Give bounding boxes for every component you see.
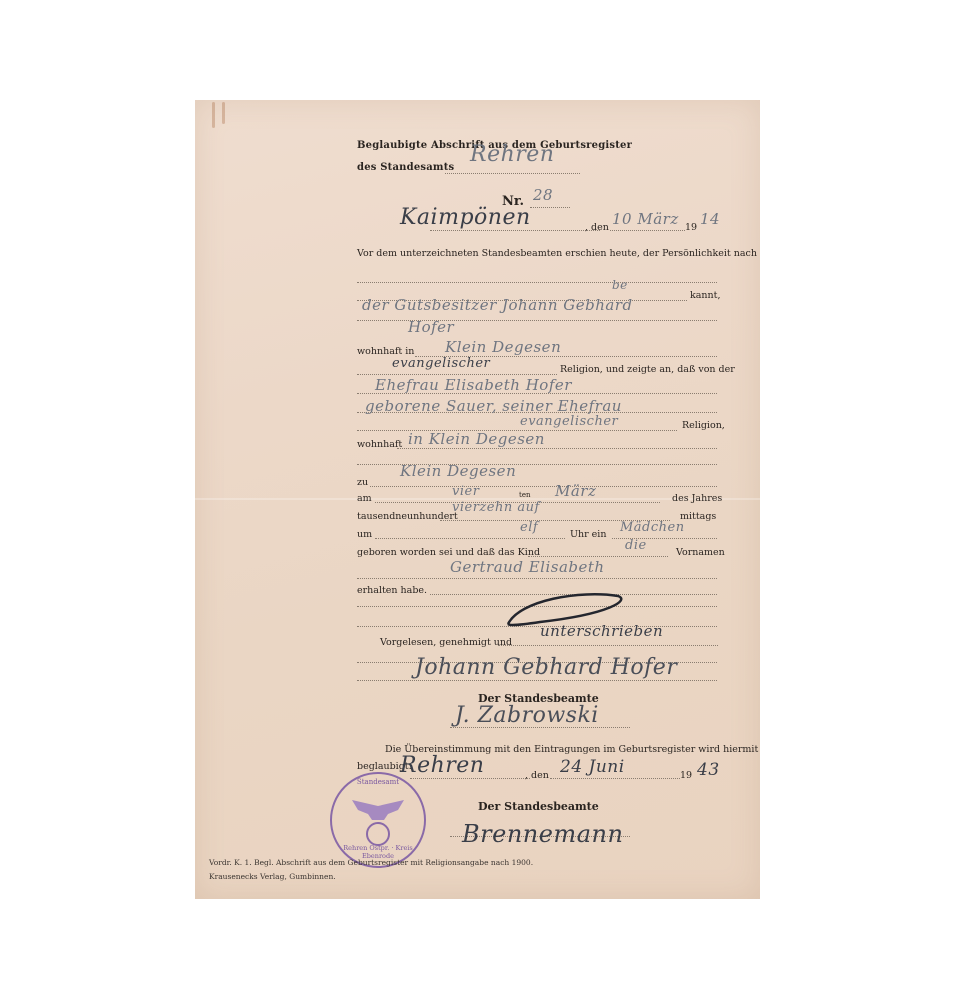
mother-religion-handwritten: evangelischer: [520, 414, 618, 429]
month-handwritten: März: [555, 482, 596, 500]
hour-line: [375, 538, 565, 539]
hour-handwritten: elf: [520, 520, 538, 535]
religion-handwritten: evangelischer: [392, 356, 490, 371]
cert-year-handwritten: 43: [697, 760, 720, 780]
informant-handwritten: der Gutsbesitzer Johann Gebhard: [362, 296, 633, 314]
geboren-label: geboren worden sei und daß das Kind: [357, 547, 540, 558]
mother-handwritten: Ehefrau Elisabeth Hofer: [375, 376, 572, 394]
cert-den-label: , den: [525, 770, 549, 781]
wohnhaft-label: wohnhaft: [357, 439, 402, 450]
form-line: [357, 282, 717, 283]
form-line: [357, 680, 717, 681]
eagle-emblem-icon: [348, 792, 408, 848]
ten-label: ten: [519, 491, 530, 499]
zu-label: zu: [357, 477, 368, 488]
date-line: [610, 230, 685, 231]
am-label: am: [357, 493, 372, 504]
place-handwritten: Kaimpönen: [400, 205, 531, 230]
die-line: [528, 556, 668, 557]
cert-place-handwritten: Rehren: [400, 753, 484, 778]
informant-surname-handwritten: Hofer: [408, 318, 454, 336]
paper-stain: [212, 102, 215, 128]
year-prefix: 19: [685, 222, 697, 233]
names-handwritten: Gertraud Elisabeth: [450, 558, 605, 576]
residence-handwritten: Klein Degesen: [445, 338, 561, 356]
standesamt-label: des Standesamts: [357, 162, 454, 173]
standesamt-line: [445, 173, 580, 174]
cert-year-prefix: 19: [680, 770, 692, 781]
known-handwritten: be: [612, 278, 628, 292]
mittags-label: mittags: [680, 511, 716, 522]
nr-handwritten: 28: [533, 186, 553, 204]
official-stamp: Standesamt Rehren Ostpr. · Kreis Ebenrod…: [330, 772, 426, 868]
religion-label: Religion, und zeigte an, daß von der: [560, 364, 735, 375]
registrar-signature: J. Zabrowski: [455, 703, 599, 728]
year-words-handwritten: vierzehn auf: [452, 500, 540, 515]
form-footer-line2: Krausenecks Verlag, Gumbinnen.: [209, 872, 336, 881]
certifier-signature: Brennemann: [462, 820, 623, 848]
year-handwritten: 14: [700, 210, 720, 228]
die-handwritten: die: [625, 538, 647, 553]
cert-place-line: [410, 778, 530, 779]
erhalten-label: erhalten habe.: [357, 585, 427, 596]
religion-line: [357, 374, 557, 375]
unterschrieben-line: [498, 645, 718, 646]
mother-maiden-handwritten: geborene Sauer, seiner Ehefrau: [365, 397, 622, 415]
intro-text: Vor dem unterzeichneten Standesbeamten e…: [357, 248, 757, 259]
day-handwritten: vier: [452, 484, 479, 499]
standesbeamte-label-2: Der Standesbeamte: [478, 800, 599, 813]
mother-residence-line: [397, 448, 717, 449]
vornamen-label: Vornamen: [676, 547, 725, 558]
mother-residence-handwritten: in Klein Degesen: [408, 430, 545, 448]
names-line: [357, 578, 717, 579]
den-label: , den: [585, 222, 609, 233]
unterschrieben-handwritten: unterschrieben: [540, 622, 663, 640]
nr-line: [530, 207, 570, 208]
form-footer-line1: Vordr. K. 1. Begl. Abschrift aus dem Geb…: [209, 858, 533, 867]
vorgelesen-label: Vorgelesen, genehmigt und: [380, 637, 512, 648]
um-label: um: [357, 529, 372, 540]
place-line: [430, 230, 600, 231]
paper-stain: [222, 102, 225, 124]
sex-handwritten: Mädchen: [620, 520, 685, 535]
birthplace-handwritten: Klein Degesen: [400, 462, 516, 480]
des-jahres-label: des Jahres: [672, 493, 722, 504]
religion-label-2: Religion,: [682, 420, 725, 431]
stamp-top-text: Standesamt: [332, 778, 424, 786]
standesamt-handwritten: Rehren: [470, 142, 554, 167]
informant-signature: Johann Gebhard Hofer: [415, 655, 677, 680]
cert-date-line: [550, 778, 680, 779]
uhr-ein-label: Uhr ein: [570, 529, 606, 540]
date-handwritten: 10 März: [612, 210, 679, 228]
birthplace-line: [370, 486, 717, 487]
cert-date-handwritten: 24 Juni: [560, 757, 625, 777]
known-label: kannt,: [690, 290, 721, 301]
